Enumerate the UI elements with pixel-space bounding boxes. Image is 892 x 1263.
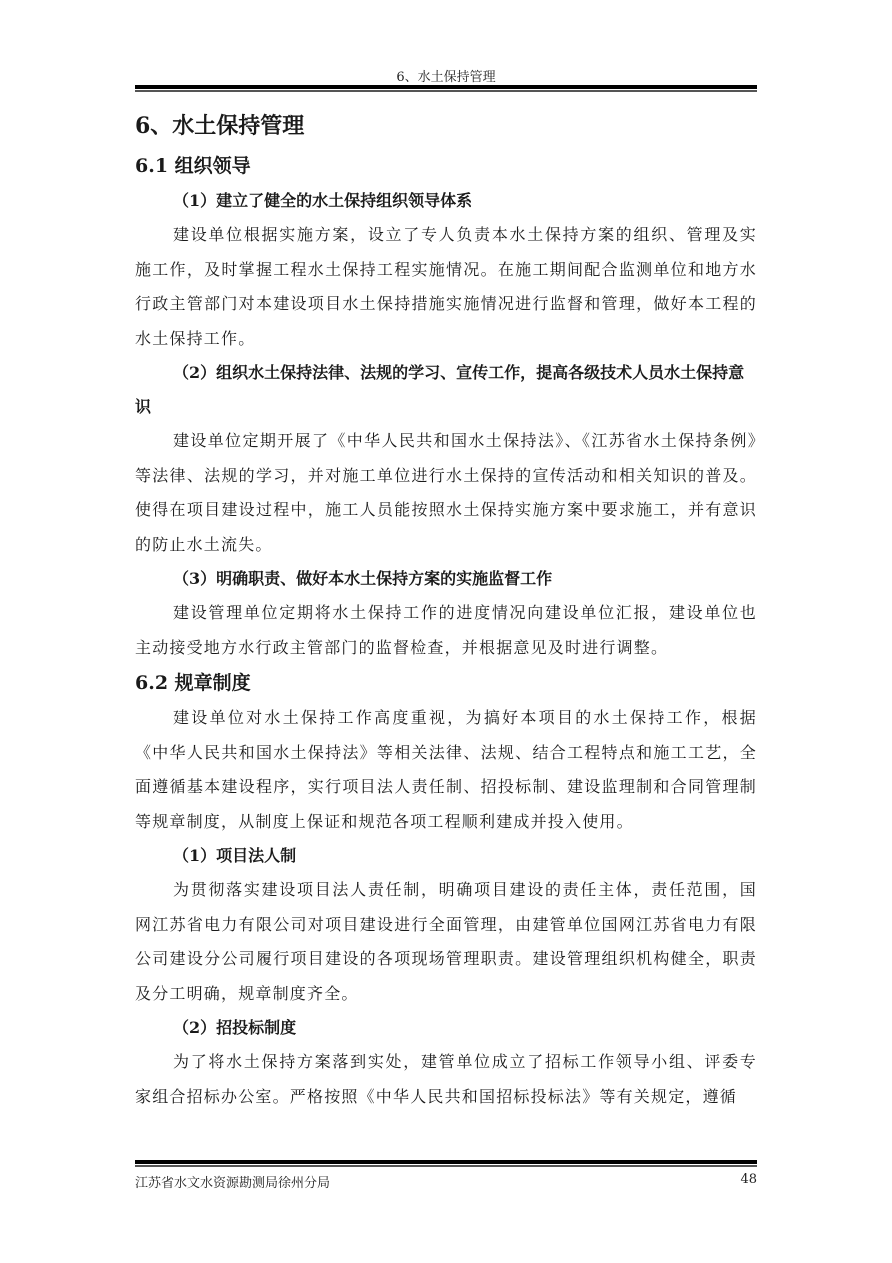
subheading-6-2-1: （1）项目法人制 — [135, 839, 757, 873]
paragraph-6-1-3: 建设管理单位定期将水土保持工作的进度情况向建设单位汇报，建设单位也主动接受地方水… — [135, 596, 757, 665]
section-heading-6-1: 6.1 组织领导 — [135, 148, 757, 184]
subheading-6-1-3: （3）明确职责、做好本水土保持方案的实施监督工作 — [135, 562, 757, 596]
paragraph-6-2-2: 为了将水土保持方案落到实处，建管单位成立了招标工作领导小组、评委专家组合招标办公… — [135, 1045, 757, 1114]
header-rule — [135, 85, 757, 92]
paragraph-6-1-2: 建设单位定期开展了《中华人民共和国水土保持法》、《江苏省水土保持条例》等法律、法… — [135, 424, 757, 562]
subheading-6-2-2: （2）招投标制度 — [135, 1011, 757, 1045]
page-number: 48 — [740, 1172, 757, 1187]
section-heading-6-2: 6.2 规章制度 — [135, 665, 757, 701]
paragraph-6-2-intro: 建设单位对水土保持工作高度重视，为搞好本项目的水土保持工作，根据《中华人民共和国… — [135, 701, 757, 839]
subheading-6-1-2: （2）组织水土保持法律、法规的学习、宣传工作，提高各级技术人员水土保持意识 — [135, 356, 757, 424]
running-header: 6、水土保持管理 — [135, 66, 757, 85]
paragraph-6-1-1: 建设单位根据实施方案，设立了专人负责本水土保持方案的组织、管理及实施工作，及时掌… — [135, 218, 757, 356]
footer-organization: 江苏省水文水资源勘测局徐州分局 — [135, 1172, 330, 1191]
document-page: 6、水土保持管理 6、水土保持管理 6.1 组织领导 （1）建立了健全的水土保持… — [0, 0, 892, 1263]
footer-rule — [135, 1160, 757, 1167]
subheading-6-1-1: （1）建立了健全的水土保持组织领导体系 — [135, 184, 757, 218]
page-content: 6、水土保持管理 6.1 组织领导 （1）建立了健全的水土保持组织领导体系 建设… — [135, 104, 757, 1114]
paragraph-6-2-1: 为贯彻落实建设项目法人责任制，明确项目建设的责任主体，责任范围，国网江苏省电力有… — [135, 873, 757, 1011]
chapter-title: 6、水土保持管理 — [135, 104, 757, 148]
